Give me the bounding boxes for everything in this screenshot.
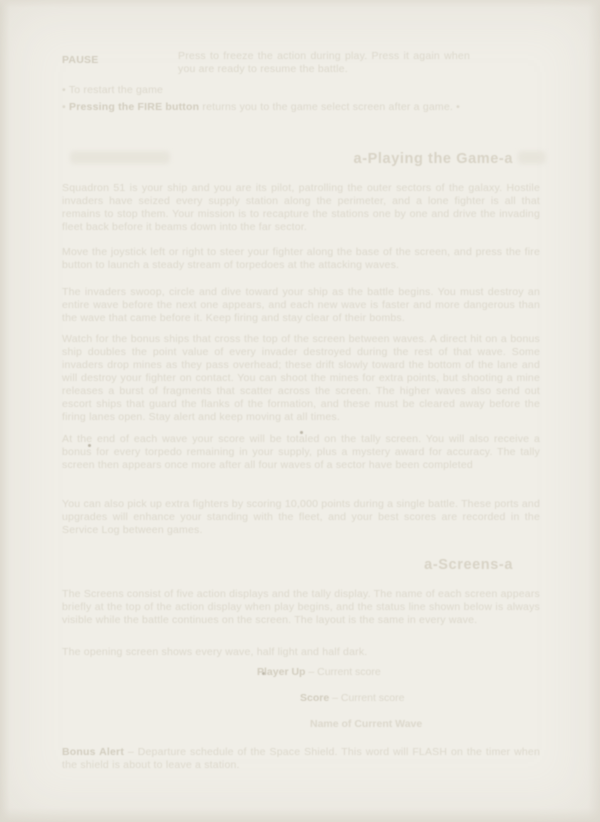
fire-button-note: • Pressing the FIRE button returns you t…	[62, 101, 540, 114]
paragraph: Watch for the bonus ships that cross the…	[62, 333, 540, 424]
restart-note-text: To restart the game	[69, 84, 163, 96]
dust-speck	[300, 431, 303, 434]
scanned-manual-page: PAUSE Press to freeze the action during …	[0, 0, 600, 822]
page-edge-shading-left	[0, 0, 10, 822]
status-label-rest: – Current score	[329, 692, 404, 704]
pause-term: PAUSE	[62, 54, 172, 67]
bonus-alert-lead: Bonus Alert	[62, 746, 124, 758]
page-edge-shading-bottom	[0, 808, 600, 822]
paragraph: The Screens consist of five action displ…	[62, 588, 540, 627]
fire-note-lead: Pressing the FIRE button	[69, 101, 199, 113]
page-edge-shading-right	[588, 0, 600, 822]
bullet-mark: •	[62, 84, 66, 96]
page-edge-shading-top	[0, 0, 600, 8]
section-heading-playing-the-game: a-Playing the Game-a	[62, 150, 513, 168]
paragraph: You can also pick up extra fighters by s…	[62, 498, 540, 537]
status-label-wave-name: Name of Current Wave	[310, 718, 422, 731]
dust-speck	[262, 672, 265, 675]
paragraph: At the end of each wave your score will …	[62, 433, 540, 472]
bullet-mark: •	[62, 101, 66, 113]
paragraph: The invaders swoop, circle and dive towa…	[62, 286, 540, 325]
bonus-alert-rest: – Departure schedule of the Space Shield…	[62, 746, 540, 771]
section-heading-screens: a-Screens-a	[62, 556, 513, 574]
wave-screen-line: The opening screen shows every wave, hal…	[62, 646, 442, 659]
status-label-rest: – Current score	[305, 666, 380, 678]
restart-note: • To restart the game	[62, 84, 262, 97]
dust-speck	[88, 444, 91, 447]
pause-definition: Press to freeze the action during play. …	[178, 50, 470, 76]
fire-note-rest: returns you to the game select screen af…	[199, 101, 453, 113]
status-label-score: Score – Current score	[300, 692, 404, 705]
paragraph: Squadron 51 is your ship and you are its…	[62, 182, 540, 234]
bullet-end-mark: •	[456, 101, 460, 113]
ink-smudge	[518, 151, 546, 164]
status-label-player-up: Player Up – Current score	[257, 666, 381, 679]
paragraph: Move the joystick left or right to steer…	[62, 246, 540, 272]
status-label-lead: Score	[300, 692, 329, 704]
bonus-alert-paragraph: Bonus Alert – Departure schedule of the …	[62, 746, 540, 772]
